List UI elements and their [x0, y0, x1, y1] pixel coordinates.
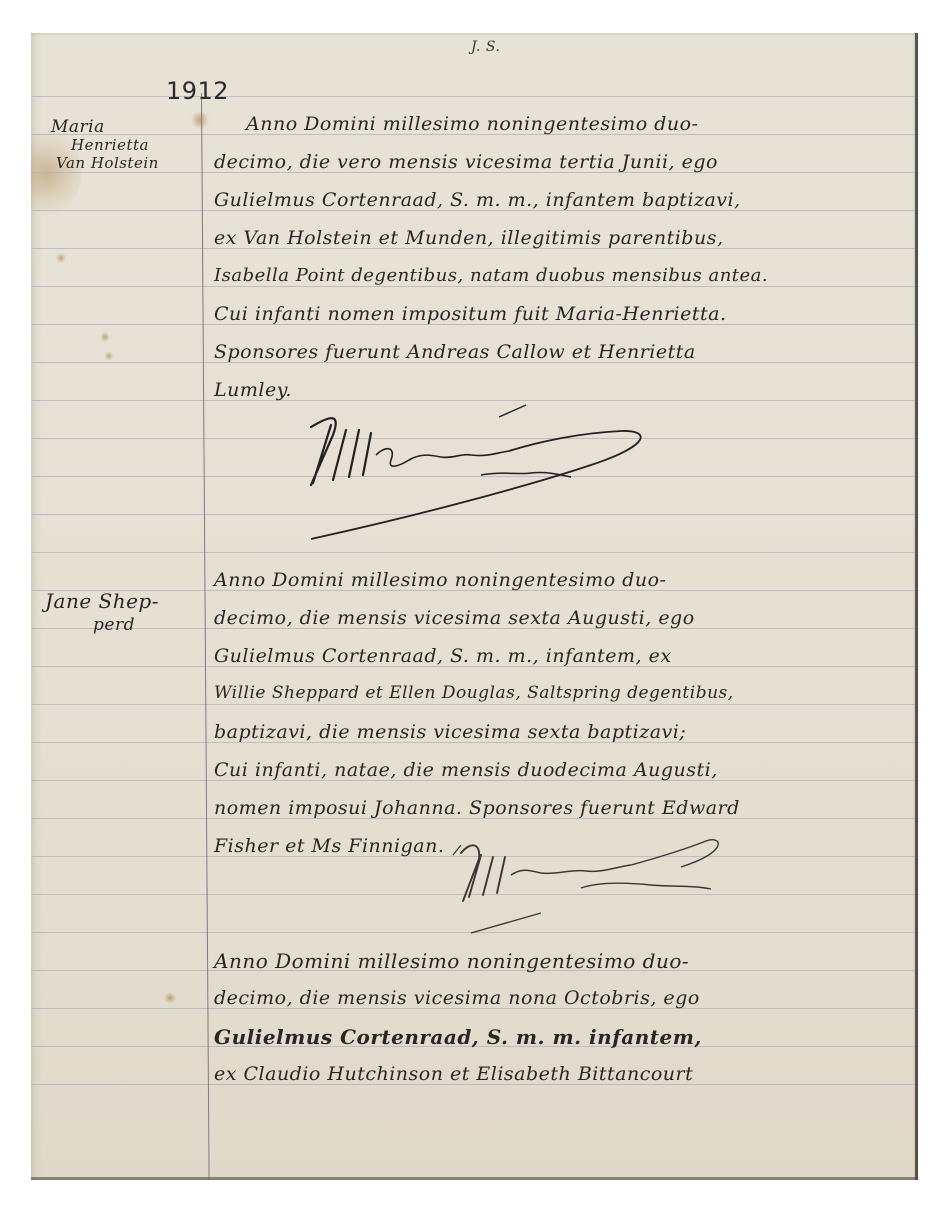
entry-text-line: Anno Domini millesimo noningentesimo duo…: [246, 113, 698, 135]
entry-text-line: nomen imposui Johanna. Sponsores fuerunt…: [214, 797, 740, 819]
ruled-line: [31, 96, 918, 97]
spot-stain: [163, 993, 177, 1003]
spot-stain: [105, 351, 113, 361]
signature-mark: [271, 405, 791, 535]
entry-text-line: Willie Sheppard et Ellen Douglas, Saltsp…: [214, 683, 734, 703]
entry-text-line: decimo, die vero mensis vicesima tertia …: [214, 151, 718, 173]
entry-text-line: Fisher et Ms Finnigan.: [214, 835, 444, 857]
entry-text-line: ex Claudio Hutchinson et Elisabeth Bitta…: [214, 1063, 693, 1085]
margin-name-line: Maria: [51, 117, 105, 137]
entry-text-line: Gulielmus Cortenraad, S. m. m., infantem…: [214, 645, 672, 667]
folio-mark: J. S.: [471, 39, 500, 55]
page-bottom-edge: [31, 1177, 918, 1180]
signature-mark: [431, 833, 831, 933]
ink-stain: [191, 111, 209, 129]
ruled-line: [31, 552, 918, 553]
entry-text-line: Gulielmus Cortenraad, S. m. m., infantem…: [214, 189, 741, 211]
page-binding-edge: [915, 33, 918, 1180]
entry-text-line: ex Van Holstein et Munden, illegitimis p…: [214, 227, 723, 249]
entry-text-line: Lumley.: [214, 379, 292, 401]
spot-stain: [56, 253, 66, 263]
margin-name-line: Henrietta: [71, 136, 149, 154]
margin-name-line: perd: [93, 615, 135, 635]
margin-name-line: Van Holstein: [56, 154, 159, 172]
ruled-line: [31, 704, 918, 705]
spot-stain: [101, 331, 109, 343]
ruled-line: [31, 400, 918, 401]
margin-rule: [201, 93, 210, 1180]
register-year: 1912: [166, 77, 229, 105]
entry-text-line: Sponsores fuerunt Andreas Callow et Henr…: [214, 341, 696, 363]
ruled-line: [31, 286, 918, 287]
entry-text-line: Cui infanti nomen impositum fuit Maria-H…: [214, 303, 727, 325]
entry-text-line: decimo, die mensis vicesima sexta August…: [214, 607, 695, 629]
entry-text-line: Anno Domini millesimo noningentesimo duo…: [214, 949, 689, 973]
entry-text-line: Gulielmus Cortenraad, S. m. m. infantem,: [214, 1025, 702, 1049]
entry-text-line: Cui infanti, natae, die mensis duodecima…: [214, 759, 718, 781]
entry-text-line: Isabella Point degentibus, natam duobus …: [214, 265, 768, 286]
register-page: J. S. 1912 Maria Henrietta Van Holstein …: [31, 33, 918, 1180]
entry-text-line: baptizavi, die mensis vicesima sexta bap…: [214, 721, 686, 743]
entry-text-line: decimo, die mensis vicesima nona Octobri…: [214, 987, 700, 1009]
entry-text-line: Anno Domini millesimo noningentesimo duo…: [214, 569, 666, 591]
margin-name-line: Jane Shep-: [45, 589, 159, 613]
